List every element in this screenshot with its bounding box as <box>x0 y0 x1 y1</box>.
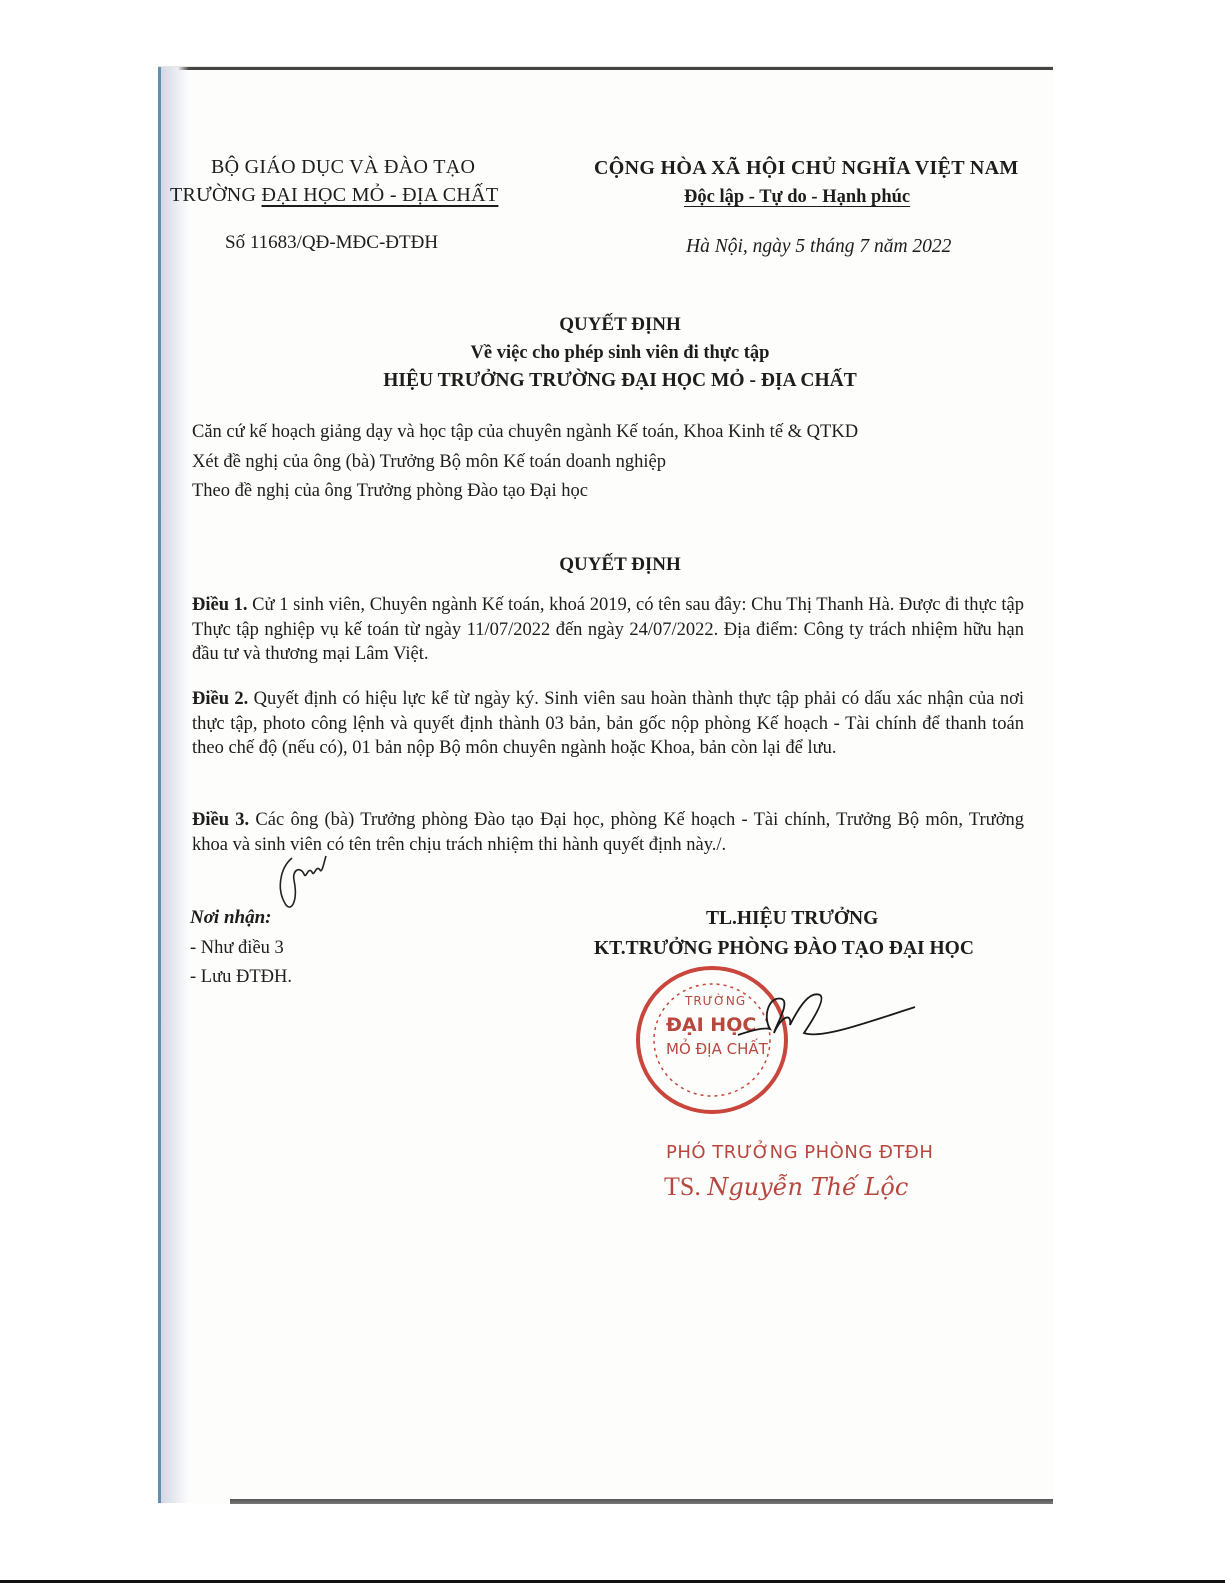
issuing-authority: HIỆU TRƯỞNG TRƯỜNG ĐẠI HỌC MỎ - ĐỊA CHẤT <box>0 370 1225 392</box>
ground-item: Căn cứ kế hoạch giảng dạy và học tập của… <box>192 420 858 445</box>
document-page <box>158 66 1053 1503</box>
signature-line-1: TL.HIỆU TRƯỞNG <box>706 908 878 930</box>
handwritten-signature-icon <box>730 985 930 1055</box>
initials-signature-icon <box>270 850 330 915</box>
page-edge-shadow <box>230 1499 1053 1504</box>
university-prefix: TRƯỜNG <box>170 184 262 206</box>
place-and-date: Hà Nội, ngày 5 tháng 7 năm 2022 <box>686 236 951 258</box>
country-name: CỘNG HÒA XÃ HỘI CHỦ NGHĨA VIỆT NAM <box>594 157 1019 180</box>
signer-prefix: TS. <box>664 1172 701 1201</box>
article-1: Điều 1. Cử 1 sinh viên, Chuyên ngành Kế … <box>192 593 1024 667</box>
recipients-heading: Nơi nhận: <box>190 907 271 929</box>
ministry-name: BỘ GIÁO DỤC VÀ ĐÀO TẠO <box>211 156 475 179</box>
ground-item: Theo đề nghị của ông Trưởng phòng Đào tạ… <box>192 479 588 504</box>
university-name: TRƯỜNG ĐẠI HỌC MỎ - ĐỊA CHẤT <box>170 184 498 207</box>
article-label: Điều 1. <box>192 595 248 615</box>
article-text: Cử 1 sinh viên, Chuyên ngành Kế toán, kh… <box>192 595 1024 664</box>
recipient-item: - Lưu ĐTĐH. <box>190 965 292 990</box>
article-label: Điều 2. <box>192 689 248 709</box>
signer-name: Nguyễn Thế Lộc <box>707 1173 908 1201</box>
national-motto: Độc lập - Tự do - Hạnh phúc <box>684 187 910 208</box>
ground-item: Xét đề nghị của ông (bà) Trưởng Bộ môn K… <box>192 450 666 475</box>
signature-line-2: KT.TRƯỞNG PHÒNG ĐÀO TẠO ĐẠI HỌC <box>594 938 974 960</box>
document-number: Số 11683/QĐ-MĐC-ĐTĐH <box>225 232 438 254</box>
article-label: Điều 3. <box>192 810 249 830</box>
signer-full-name: TS. Nguyễn Thế Lộc <box>664 1172 908 1202</box>
signer-title: PHÓ TRƯỞNG PHÒNG ĐTĐH <box>666 1142 933 1163</box>
decision-heading: QUYẾT ĐỊNH <box>0 554 1225 576</box>
document-subject: Về việc cho phép sinh viên đi thực tập <box>0 343 1225 364</box>
document-heading: QUYẾT ĐỊNH <box>0 314 1225 336</box>
recipient-item: - Như điều 3 <box>190 936 284 961</box>
article-text: Các ông (bà) Trưởng phòng Đào tạo Đại họ… <box>192 810 1024 855</box>
bottom-border <box>0 1580 1225 1583</box>
university-underlined: ĐẠI HỌC MỎ - ĐỊA CHẤT <box>262 184 499 206</box>
article-text: Quyết định có hiệu lực kể từ ngày ký. Si… <box>192 689 1024 758</box>
article-2: Điều 2. Quyết định có hiệu lực kể từ ngà… <box>192 687 1024 761</box>
